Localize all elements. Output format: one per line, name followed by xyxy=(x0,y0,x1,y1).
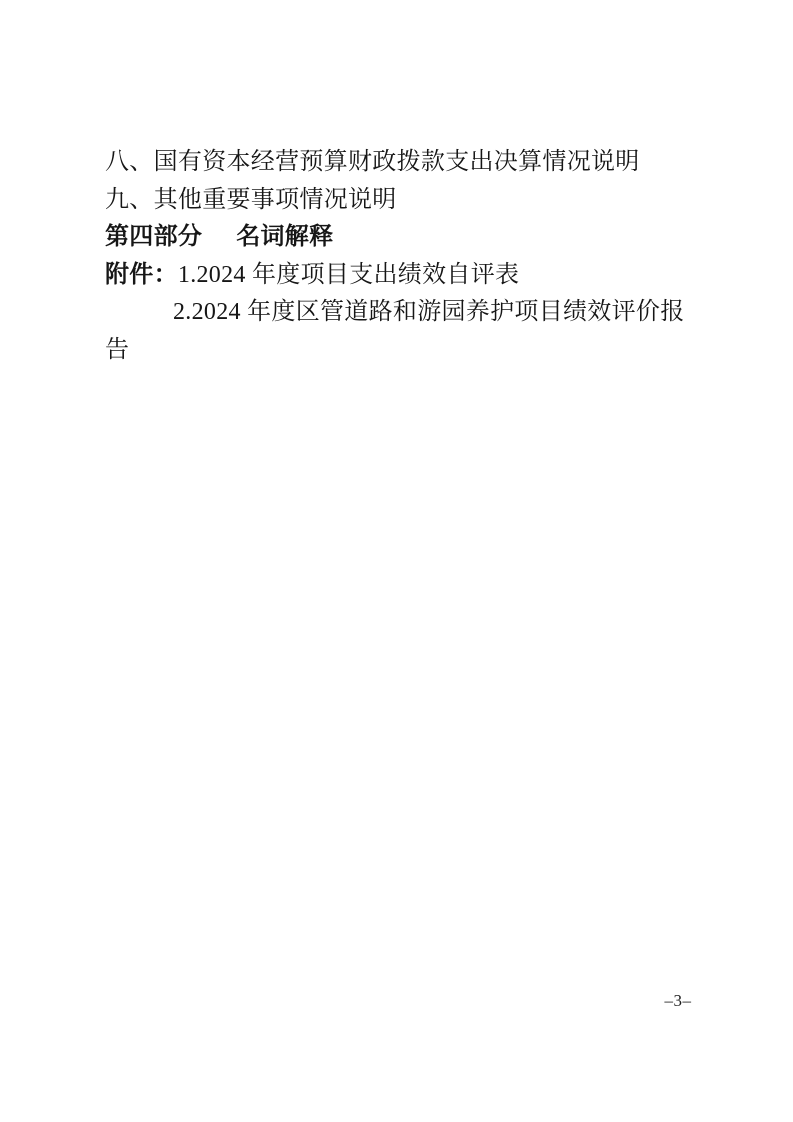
toc-item-9: 九、其他重要事项情况说明 xyxy=(105,182,695,220)
attachments-label: 附件： xyxy=(105,262,178,288)
attachment-item-2-line-1: 2.2024 年度区管道路和游园养护项目绩效评价报 xyxy=(105,294,695,332)
section-heading-label: 第四部分 xyxy=(105,224,202,250)
document-body: 八、国有资本经营预算财政拨款支出决算情况说明 九、其他重要事项情况说明 第四部分… xyxy=(105,144,695,369)
page-number: –3– xyxy=(655,991,701,1011)
document-page: 八、国有资本经营预算财政拨款支出决算情况说明 九、其他重要事项情况说明 第四部分… xyxy=(0,0,793,1122)
section-heading: 第四部分名词解释 xyxy=(105,219,695,257)
toc-item-8: 八、国有资本经营预算财政拨款支出决算情况说明 xyxy=(105,144,695,182)
attachment-item-1: 1.2024 年度项目支出绩效自评表 xyxy=(178,262,519,288)
attachments-line-1: 附件：1.2024 年度项目支出绩效自评表 xyxy=(105,257,695,295)
attachment-item-2-line-2: 告 xyxy=(105,332,695,370)
section-heading-title: 名词解释 xyxy=(236,224,333,250)
